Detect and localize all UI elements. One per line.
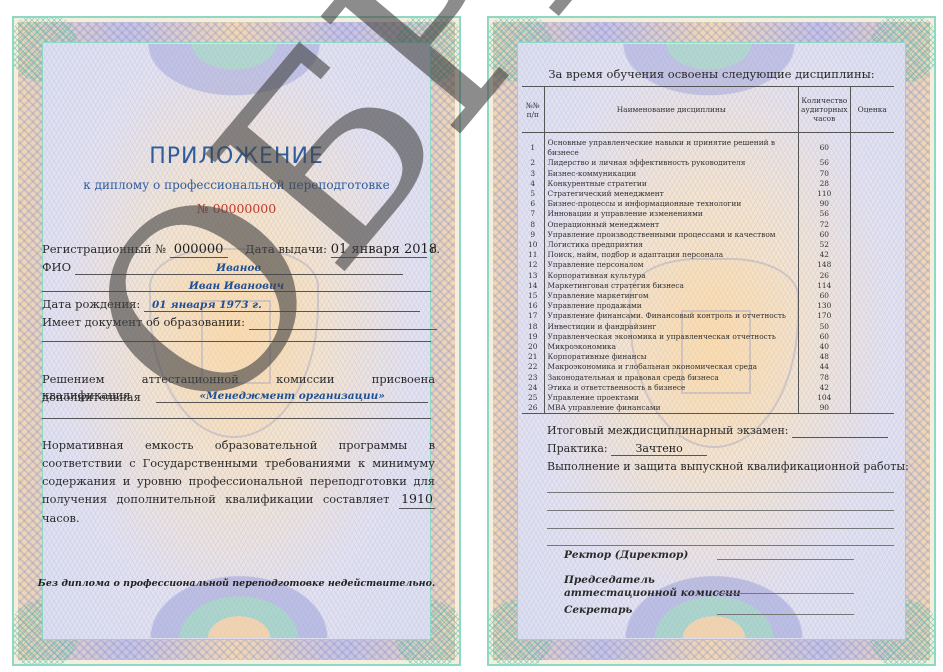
education-doc-line bbox=[42, 341, 431, 342]
col-hours-header: Количество аудиторных часов bbox=[799, 87, 850, 133]
birth-row: Дата рождения: 01 января 1973 г. bbox=[42, 297, 431, 312]
thesis-line bbox=[547, 528, 894, 529]
capacity-text: Нормативная емкость образовательной прог… bbox=[42, 438, 435, 506]
table-row: 26MBA управление финансами90 bbox=[522, 403, 894, 414]
capacity-unit: часов. bbox=[42, 511, 80, 525]
registration-row: Регистрационный № 000000 Дата выдачи: 01… bbox=[42, 242, 431, 258]
birth-value: 01 января 1973 г. bbox=[144, 299, 420, 312]
discipline-hours: 48 bbox=[799, 352, 850, 362]
discipline-name: Маркетинговая стратегия бизнеса bbox=[544, 281, 799, 291]
discipline-name: Конкурентные стратегии bbox=[544, 179, 799, 189]
education-doc-row: Имеет документ об образовании: bbox=[42, 315, 431, 330]
discipline-number: 17 bbox=[522, 311, 544, 321]
discipline-hours: 60 bbox=[799, 230, 850, 240]
page-title: ПРИЛОЖЕНИЕ bbox=[14, 144, 459, 169]
surname-value: Иванов bbox=[75, 262, 403, 275]
issue-date-suffix: г. bbox=[430, 242, 440, 256]
discipline-hours: 170 bbox=[799, 311, 850, 321]
discipline-name: Управление маркетингом bbox=[544, 291, 799, 301]
discipline-hours: 28 bbox=[799, 179, 850, 189]
discipline-grade bbox=[850, 169, 894, 179]
discipline-number: 10 bbox=[522, 240, 544, 250]
discipline-name: Стратегический менеджмент bbox=[544, 189, 799, 199]
discipline-name: Бизнес-процессы и информационные техноло… bbox=[544, 199, 799, 209]
capacity-hours: 1910 bbox=[399, 490, 435, 509]
thesis-line bbox=[547, 545, 894, 546]
discipline-grade bbox=[850, 301, 894, 311]
discipline-number: 22 bbox=[522, 362, 544, 372]
appendix-number: № 00000000 bbox=[14, 201, 459, 216]
discipline-grade bbox=[850, 281, 894, 291]
discipline-grade bbox=[850, 179, 894, 189]
discipline-name: Логистика предприятия bbox=[544, 240, 799, 250]
table-row: 25Управление проектами104 bbox=[522, 393, 894, 403]
discipline-grade bbox=[850, 189, 894, 199]
discipline-number: 3 bbox=[522, 169, 544, 179]
discipline-number: 1 bbox=[522, 133, 544, 159]
qualification-value: «Менеджмент организации» bbox=[156, 390, 428, 403]
table-row: 10Логистика предприятия52 bbox=[522, 240, 894, 250]
table-row: 21Корпоративные финансы48 bbox=[522, 352, 894, 362]
discipline-name: Основные управленческие навыки и приняти… bbox=[544, 133, 799, 159]
name-underline bbox=[42, 291, 431, 292]
discipline-grade bbox=[850, 393, 894, 403]
table-row: 24Этика и ответственность в бизнесе42 bbox=[522, 383, 894, 393]
table-row: 4Конкурентные стратегии28 bbox=[522, 179, 894, 189]
discipline-number: 24 bbox=[522, 383, 544, 393]
page-subtitle: к диплому о профессиональной переподгото… bbox=[14, 178, 459, 192]
col-number-header: №№ п/п bbox=[522, 87, 544, 133]
disciplines-table: №№ п/п Наименование дисциплины Количеств… bbox=[522, 86, 894, 414]
thesis-label: Выполнение и защита выпускной квалификац… bbox=[547, 460, 909, 473]
rector-signature-line bbox=[717, 559, 854, 560]
qualification-label: квалификация bbox=[42, 388, 131, 402]
discipline-number: 6 bbox=[522, 199, 544, 209]
chairman-signature-label: Председатель аттестационной комиссии bbox=[564, 574, 740, 600]
discipline-hours: 26 bbox=[799, 271, 850, 281]
discipline-name: Поиск, найм, подбор и адаптация персонал… bbox=[544, 250, 799, 260]
discipline-name: Лидерство и личная эффективность руковод… bbox=[544, 158, 799, 168]
discipline-number: 16 bbox=[522, 301, 544, 311]
practice-row: Практика: Зачтено bbox=[547, 442, 707, 456]
discipline-grade bbox=[850, 373, 894, 383]
discipline-name: Этика и ответственность в бизнесе bbox=[544, 383, 799, 393]
fio-row: ФИО Иванов bbox=[42, 260, 431, 275]
table-row: 20Микроэкономика40 bbox=[522, 342, 894, 352]
final-exam-label: Итоговый междисциплинарный экзамен: bbox=[547, 424, 789, 437]
discipline-grade bbox=[850, 220, 894, 230]
thesis-line bbox=[547, 492, 894, 493]
table-row: 12Управление персоналом148 bbox=[522, 260, 894, 270]
discipline-grade bbox=[850, 133, 894, 159]
secretary-signature-line bbox=[717, 614, 854, 615]
table-row: 18Инвестиции и фандрайзинг50 bbox=[522, 322, 894, 332]
discipline-number: 9 bbox=[522, 230, 544, 240]
issue-date-label: Дата выдачи: bbox=[245, 242, 327, 256]
practice-label: Практика: bbox=[547, 442, 608, 455]
discipline-grade bbox=[850, 199, 894, 209]
chairman-label-line1: Председатель bbox=[564, 574, 740, 587]
discipline-grade bbox=[850, 230, 894, 240]
discipline-number: 11 bbox=[522, 250, 544, 260]
discipline-hours: 56 bbox=[799, 158, 850, 168]
discipline-name: Законодательная и правовая среда бизнеса bbox=[544, 373, 799, 383]
final-exam-value bbox=[792, 424, 888, 438]
discipline-number: 21 bbox=[522, 352, 544, 362]
col-grade-header: Оценка bbox=[850, 87, 894, 133]
practice-value: Зачтено bbox=[611, 442, 707, 456]
table-row: 1Основные управленческие навыки и принят… bbox=[522, 133, 894, 159]
secretary-signature-label: Секретарь bbox=[564, 604, 632, 617]
qualification-row: квалификация «Менеджмент организации» bbox=[42, 388, 431, 403]
discipline-grade bbox=[850, 311, 894, 321]
table-row: 7Инновации и управление изменениями56 bbox=[522, 209, 894, 219]
discipline-hours: 90 bbox=[799, 199, 850, 209]
discipline-number: 12 bbox=[522, 260, 544, 270]
discipline-grade bbox=[850, 291, 894, 301]
discipline-grade bbox=[850, 362, 894, 372]
final-exam-row: Итоговый междисциплинарный экзамен: bbox=[547, 424, 888, 438]
discipline-grade bbox=[850, 403, 894, 414]
discipline-name: Управление финансами. Финансовый контрол… bbox=[544, 311, 799, 321]
discipline-number: 13 bbox=[522, 271, 544, 281]
chairman-signature-line bbox=[717, 593, 854, 594]
discipline-name: MBA управление финансами bbox=[544, 403, 799, 414]
discipline-number: 8 bbox=[522, 220, 544, 230]
education-doc-value bbox=[249, 315, 437, 330]
discipline-grade bbox=[850, 332, 894, 342]
issue-date-value: 01 января 2018 bbox=[331, 242, 427, 258]
discipline-number: 25 bbox=[522, 393, 544, 403]
discipline-name: Микроэкономика bbox=[544, 342, 799, 352]
table-row: 13Корпоративная культура26 bbox=[522, 271, 894, 281]
discipline-name: Управление производственными процессами … bbox=[544, 230, 799, 240]
discipline-number: 18 bbox=[522, 322, 544, 332]
discipline-hours: 42 bbox=[799, 250, 850, 260]
discipline-grade bbox=[850, 260, 894, 270]
table-row: 2Лидерство и личная эффективность руково… bbox=[522, 158, 894, 168]
discipline-number: 2 bbox=[522, 158, 544, 168]
discipline-name: Управление персоналом bbox=[544, 260, 799, 270]
discipline-number: 4 bbox=[522, 179, 544, 189]
discipline-name: Управленческая экономика и управленческа… bbox=[544, 332, 799, 342]
discipline-hours: 44 bbox=[799, 362, 850, 372]
table-row: 22Макроэкономика и глобальная экономичес… bbox=[522, 362, 894, 372]
discipline-name: Управление продажами bbox=[544, 301, 799, 311]
table-row: 9Управление производственными процессами… bbox=[522, 230, 894, 240]
discipline-grade bbox=[850, 250, 894, 260]
table-row: 19Управленческая экономика и управленчес… bbox=[522, 332, 894, 342]
discipline-number: 5 bbox=[522, 189, 544, 199]
discipline-hours: 110 bbox=[799, 189, 850, 199]
name-row: Иван Иванович bbox=[42, 278, 431, 292]
discipline-hours: 60 bbox=[799, 291, 850, 301]
table-row: 15Управление маркетингом60 bbox=[522, 291, 894, 301]
discipline-name: Инновации и управление изменениями bbox=[544, 209, 799, 219]
birth-label: Дата рождения: bbox=[42, 297, 140, 311]
qualification-line bbox=[42, 418, 431, 419]
discipline-hours: 70 bbox=[799, 169, 850, 179]
table-row: 17Управление финансами. Финансовый контр… bbox=[522, 311, 894, 321]
col-name-header: Наименование дисциплины bbox=[544, 87, 799, 133]
discipline-grade bbox=[850, 352, 894, 362]
table-row: 8Операционный менеджмент72 bbox=[522, 220, 894, 230]
rector-signature-label: Ректор (Директор) bbox=[564, 549, 688, 562]
discipline-name: Бизнес-коммуникации bbox=[544, 169, 799, 179]
discipline-hours: 90 bbox=[799, 403, 850, 414]
discipline-number: 20 bbox=[522, 342, 544, 352]
discipline-hours: 60 bbox=[799, 332, 850, 342]
table-header-row: №№ п/п Наименование дисциплины Количеств… bbox=[522, 87, 894, 133]
capacity-paragraph: Нормативная емкость образовательной прог… bbox=[42, 436, 435, 527]
discipline-hours: 104 bbox=[799, 393, 850, 403]
discipline-hours: 60 bbox=[799, 133, 850, 159]
table-row: 14Маркетинговая стратегия бизнеса114 bbox=[522, 281, 894, 291]
discipline-hours: 42 bbox=[799, 383, 850, 393]
disciplines-table-body: 1Основные управленческие навыки и принят… bbox=[522, 133, 894, 414]
table-row: 5Стратегический менеджмент110 bbox=[522, 189, 894, 199]
discipline-grade bbox=[850, 383, 894, 393]
table-row: 6Бизнес-процессы и информационные технол… bbox=[522, 199, 894, 209]
discipline-hours: 130 bbox=[799, 301, 850, 311]
discipline-number: 15 bbox=[522, 291, 544, 301]
discipline-number: 14 bbox=[522, 281, 544, 291]
discipline-hours: 148 bbox=[799, 260, 850, 270]
discipline-hours: 40 bbox=[799, 342, 850, 352]
table-row: 23Законодательная и правовая среда бизне… bbox=[522, 373, 894, 383]
discipline-grade bbox=[850, 209, 894, 219]
discipline-hours: 78 bbox=[799, 373, 850, 383]
discipline-number: 7 bbox=[522, 209, 544, 219]
discipline-hours: 52 bbox=[799, 240, 850, 250]
discipline-name: Корпоративная культура bbox=[544, 271, 799, 281]
validity-footnote: Без диплома о профессиональной переподго… bbox=[14, 578, 459, 589]
discipline-number: 19 bbox=[522, 332, 544, 342]
discipline-number: 23 bbox=[522, 373, 544, 383]
discipline-hours: 114 bbox=[799, 281, 850, 291]
thesis-line bbox=[547, 510, 894, 511]
chairman-label-line2: аттестационной комиссии bbox=[564, 587, 740, 600]
discipline-hours: 50 bbox=[799, 322, 850, 332]
discipline-name: Инвестиции и фандрайзинг bbox=[544, 322, 799, 332]
table-row: 11Поиск, найм, подбор и адаптация персон… bbox=[522, 250, 894, 260]
education-doc-label: Имеет документ об образовании: bbox=[42, 315, 245, 329]
discipline-name: Операционный менеджмент bbox=[544, 220, 799, 230]
discipline-grade bbox=[850, 342, 894, 352]
discipline-name: Управление проектами bbox=[544, 393, 799, 403]
table-row: 3Бизнес-коммуникации70 bbox=[522, 169, 894, 179]
diploma-appendix-front-page: ПРИЛОЖЕНИЕ к диплому о профессиональной … bbox=[12, 16, 461, 666]
diploma-appendix-back-page: За время обучения освоены следующие дисц… bbox=[487, 16, 936, 666]
disciplines-heading: За время обучения освоены следующие дисц… bbox=[489, 67, 934, 81]
fio-label: ФИО bbox=[42, 260, 71, 274]
table-row: 16Управление продажами130 bbox=[522, 301, 894, 311]
discipline-name: Макроэкономика и глобальная экономическа… bbox=[544, 362, 799, 372]
registration-label: Регистрационный № bbox=[42, 242, 166, 256]
discipline-grade bbox=[850, 322, 894, 332]
discipline-number: 26 bbox=[522, 403, 544, 414]
discipline-name: Корпоративные финансы bbox=[544, 352, 799, 362]
discipline-grade bbox=[850, 158, 894, 168]
discipline-hours: 72 bbox=[799, 220, 850, 230]
registration-number: 000000 bbox=[170, 242, 228, 258]
discipline-grade bbox=[850, 240, 894, 250]
discipline-hours: 56 bbox=[799, 209, 850, 219]
discipline-grade bbox=[850, 271, 894, 281]
